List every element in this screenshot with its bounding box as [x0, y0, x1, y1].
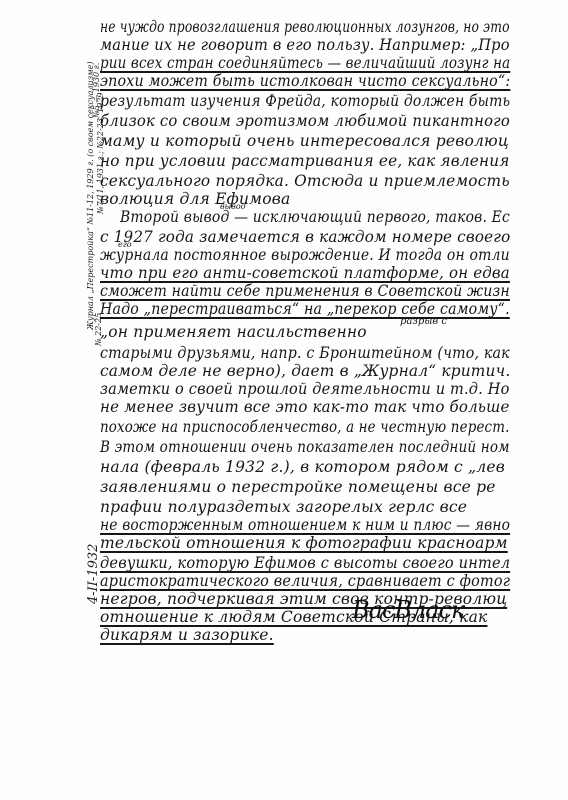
- text-line: но при условии рассматривания ее, как яв…: [100, 152, 510, 170]
- text-line: похоже на приспособленчество, а не честн…: [100, 418, 510, 436]
- insertion-note: разрыв с: [400, 316, 447, 327]
- insertion-note: вывод: [220, 202, 246, 211]
- text-line: аристократического величия, сравнивает с…: [100, 572, 510, 590]
- insertion-note: его: [118, 240, 132, 249]
- text-line: не менее звучит все это как-то так что б…: [100, 398, 510, 416]
- text-line: волюция для Ефимова: [100, 190, 290, 208]
- text-line: с 1927 года замечается в каждом номере с…: [100, 228, 510, 246]
- text-line: прафии полураздетых загорелых герлс все: [100, 498, 467, 516]
- text-line: результат изучения Фрейда, который долже…: [100, 92, 510, 110]
- margin-note: №7/11, 1931 г.; №22-23, 1929: [96, 93, 105, 214]
- text-line: старыми друзьями, напр. с Бронштейном (ч…: [100, 344, 510, 362]
- signature: ВасВласк: [352, 596, 464, 624]
- text-line: тельской отношения к фотографии красноар…: [100, 534, 508, 552]
- text-line: маму и который очень интересовался револ…: [100, 132, 509, 150]
- text-line: самом деле не верно), дает в „Журнал“ кр…: [100, 362, 510, 380]
- text-line: девушки, которую Ефимов с высоты своего …: [100, 554, 510, 572]
- text-line: близок со своим эротизмом любимой пикант…: [100, 112, 510, 130]
- text-line: не восторженным отношением к ним и плюс …: [100, 516, 510, 534]
- text-line: Надо „перестраиваться“ на „перекор себе …: [100, 300, 510, 318]
- text-line: заметки о своей прошлой деятельности и т…: [100, 380, 510, 398]
- text-line: нала (февраль 1932 г.), в котором рядом …: [100, 458, 505, 476]
- margin-date: 4-II-1932: [86, 544, 101, 604]
- text-line: сможет найти себе применения в Советской…: [100, 282, 510, 300]
- manuscript-page: не чуждо провозглашения революционных ло…: [0, 0, 568, 800]
- text-line: рии всех стран соединяйтесь — величайший…: [100, 54, 510, 72]
- text-line: что при его анти-советской платформе, он…: [100, 264, 510, 282]
- margin-note: № 22-25: [94, 313, 103, 346]
- text-line: не чуждо провозглашения революционных ло…: [100, 18, 510, 36]
- text-line: сексуального порядка. Отсюда и приемлемо…: [100, 172, 510, 190]
- text-line: дикарям и зазорике.: [100, 626, 274, 644]
- text-line: заявлениями о перестройке помещены все р…: [100, 478, 496, 496]
- text-line: Второй вывод — исключающий первого, тако…: [120, 208, 510, 226]
- text-line: журнала постоянное вырождение. И тогда о…: [100, 246, 510, 264]
- text-line: эпохи может быть истолкован чисто сексуа…: [100, 72, 510, 90]
- text-line: мание их не говорит в его пользу. Наприм…: [100, 36, 510, 54]
- text-line: „он применяет насильственно: [100, 323, 367, 341]
- margin-note: Журнал „Перестройка“ №11-12, 1929 г. (о …: [86, 61, 95, 330]
- text-line: В этом отношении очень показателен после…: [100, 438, 510, 456]
